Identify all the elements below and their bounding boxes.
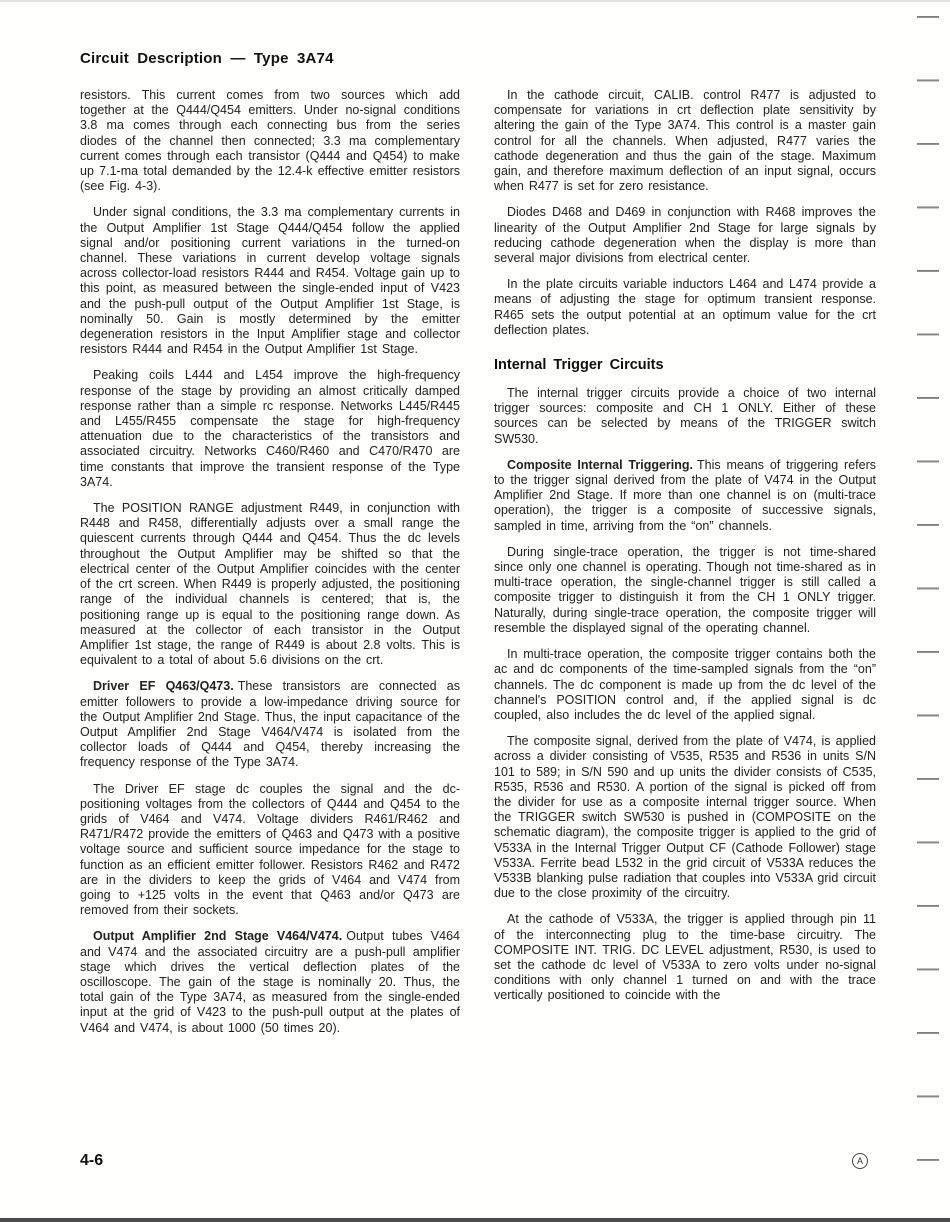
paragraph-text: Peaking coils L444 and L454 improve the … (80, 368, 460, 488)
binding-marks (917, 16, 939, 1191)
right-column: In the cathode circuit, CALIB. control R… (494, 88, 876, 1015)
paragraph-text: In the plate circuits variable inductors… (494, 277, 876, 337)
paragraph: In the plate circuits variable inductors… (494, 277, 876, 338)
manual-page: Circuit Description — Type 3A74 resistor… (0, 0, 950, 1222)
paragraph: In multi-trace operation, the composite … (494, 647, 876, 723)
paragraph: resistors. This current comes from two s… (80, 88, 460, 194)
page-top-edge (0, 0, 950, 2)
paragraph: The composite signal, derived from the p… (494, 734, 876, 901)
paragraph: The Driver EF stage dc couples the signa… (80, 782, 460, 919)
paragraph-text: The composite signal, derived from the p… (494, 734, 876, 900)
paragraph-text: The POSITION RANGE adjustment R449, in c… (80, 501, 460, 667)
revision-mark: A (852, 1153, 868, 1169)
left-column: resistors. This current comes from two s… (80, 88, 460, 1047)
paragraph-text: Diodes D468 and D469 in conjunction with… (494, 205, 876, 265)
paragraph: At the cathode of V533A, the trigger is … (494, 912, 876, 1003)
paragraph-lead: Driver EF Q463/Q473. (93, 679, 238, 693)
paragraph-text: resistors. This current comes from two s… (80, 88, 460, 193)
paragraph-text: During single-trace operation, the trigg… (494, 545, 876, 635)
paragraph-text: In the cathode circuit, CALIB. control R… (494, 88, 876, 193)
page-title: Circuit Description — Type 3A74 (80, 50, 334, 67)
paragraph-text: Under signal conditions, the 3.3 ma comp… (80, 205, 460, 356)
paragraph: Peaking coils L444 and L454 improve the … (80, 368, 460, 490)
paragraph-lead: Output Amplifier 2nd Stage V464/V474. (93, 929, 346, 943)
paragraph: The internal trigger circuits provide a … (494, 386, 876, 447)
section-heading: Internal Trigger Circuits (494, 357, 876, 373)
paragraph: Driver EF Q463/Q473.These transistors ar… (80, 679, 460, 770)
paragraph: Under signal conditions, the 3.3 ma comp… (80, 205, 460, 357)
paragraph: Diodes D468 and D469 in conjunction with… (494, 205, 876, 266)
paragraph: Output Amplifier 2nd Stage V464/V474.Out… (80, 929, 460, 1035)
paragraph-lead: Composite Internal Triggering. (507, 458, 697, 472)
page-bottom-edge (0, 1218, 950, 1222)
paragraph-text: The internal trigger circuits provide a … (494, 386, 876, 446)
paragraph-text: Output tubes V464 and V474 and the assoc… (80, 929, 460, 1034)
paragraph-text: In multi-trace operation, the composite … (494, 647, 876, 722)
paragraph-text: At the cathode of V533A, the trigger is … (494, 912, 876, 1002)
paragraph: In the cathode circuit, CALIB. control R… (494, 88, 876, 194)
paragraph-text: The Driver EF stage dc couples the signa… (80, 782, 460, 918)
paragraph: The POSITION RANGE adjustment R449, in c… (80, 501, 460, 668)
paragraph: Composite Internal Triggering.This means… (494, 458, 876, 534)
page-number: 4-6 (80, 1152, 103, 1170)
paragraph: During single-trace operation, the trigg… (494, 545, 876, 636)
